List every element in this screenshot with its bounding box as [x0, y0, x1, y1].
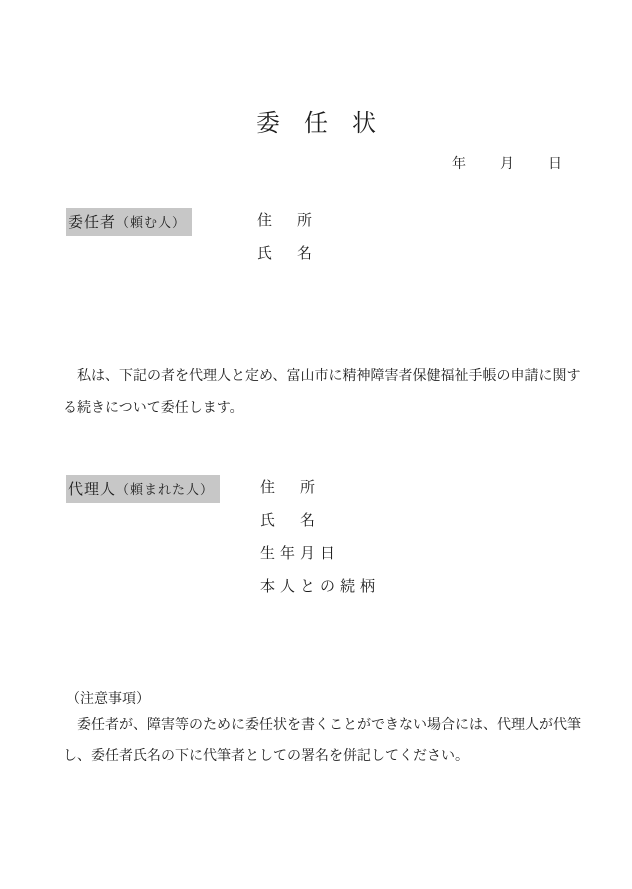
power-of-attorney-document: 委 任 状 年 月 日 委任者（頼む人） 住 所 氏 名 私は、下記の者を代理人… — [0, 0, 632, 889]
delegator-label-main: 委任者 — [68, 215, 116, 231]
agent-fields: 住 所 氏 名 生年月日 本人との続柄 — [260, 472, 380, 604]
delegator-field-address: 住 所 — [257, 205, 317, 238]
body-line-1: 私は、下記の者を代理人と定め、富山市に精神障害者保健福祉手帳の申請に関す — [63, 361, 585, 393]
agent-field-birthdate: 生年月日 — [260, 538, 380, 571]
body-paragraph: 私は、下記の者を代理人と定め、富山市に精神障害者保健福祉手帳の申請に関す る続き… — [63, 361, 585, 425]
delegator-label: 委任者（頼む人） — [66, 208, 192, 236]
notes-heading: （注意事項） — [66, 690, 150, 710]
delegator-fields: 住 所 氏 名 — [257, 205, 317, 271]
agent-label: 代理人（頼まれた人） — [66, 475, 220, 503]
body-line-2: る続きについて委任します。 — [63, 393, 585, 425]
notes-paragraph: 委任者が、障害等のために委任状を書くことができない場合には、代理人が代筆 し、委… — [63, 710, 585, 772]
notes-line-1: 委任者が、障害等のために委任状を書くことができない場合には、代理人が代筆 — [63, 710, 585, 741]
agent-field-relationship: 本人との続柄 — [260, 571, 380, 604]
date-line: 年 月 日 — [0, 154, 564, 176]
agent-field-name: 氏 名 — [260, 505, 380, 538]
delegator-field-name: 氏 名 — [257, 238, 317, 271]
notes-line-2: し、委任者氏名の下に代筆者としての署名を併記してください。 — [63, 741, 585, 772]
delegator-label-note: （頼む人） — [116, 215, 186, 230]
document-title: 委 任 状 — [0, 108, 632, 140]
agent-field-address: 住 所 — [260, 472, 380, 505]
agent-label-main: 代理人 — [68, 482, 116, 498]
agent-label-note: （頼まれた人） — [116, 482, 214, 497]
